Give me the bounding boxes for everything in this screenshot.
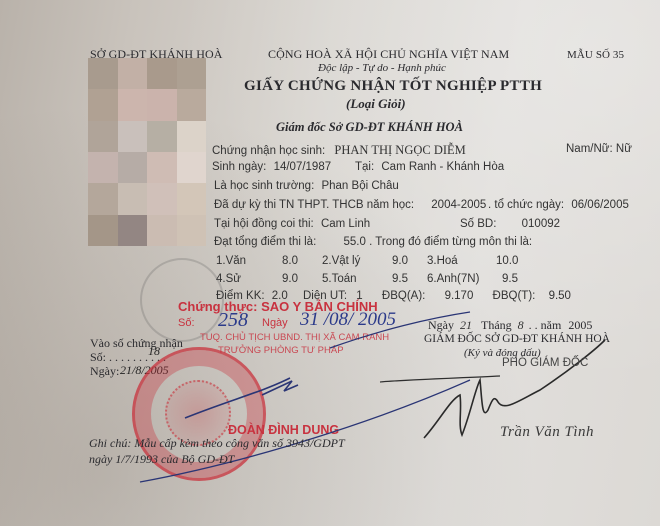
sign-year: 2005: [568, 318, 592, 332]
sign-day-label: Ngày: [428, 318, 454, 332]
signer-name: Trần Văn Tình: [500, 424, 594, 441]
sign-year-label: . . năm: [529, 318, 562, 332]
sign-month: 8: [518, 318, 524, 332]
signer-position: PHÓ GIÁM ĐỐC: [502, 357, 588, 369]
sign-month-label: Tháng: [481, 318, 512, 332]
signer-office: GIÁM ĐỐC SỞ GD-ĐT KHÁNH HOÀ: [424, 333, 610, 345]
footnote-line-2: ngày 1/7/1993 của Bộ GD-ĐT: [89, 452, 234, 467]
footnote-line-1: Ghi chú: Mẫu cấp kèm theo công văn số 39…: [89, 436, 345, 451]
sign-day: 21: [460, 318, 472, 332]
sign-date-row: Ngày 21 Tháng 8 . . năm 2005: [428, 318, 592, 333]
